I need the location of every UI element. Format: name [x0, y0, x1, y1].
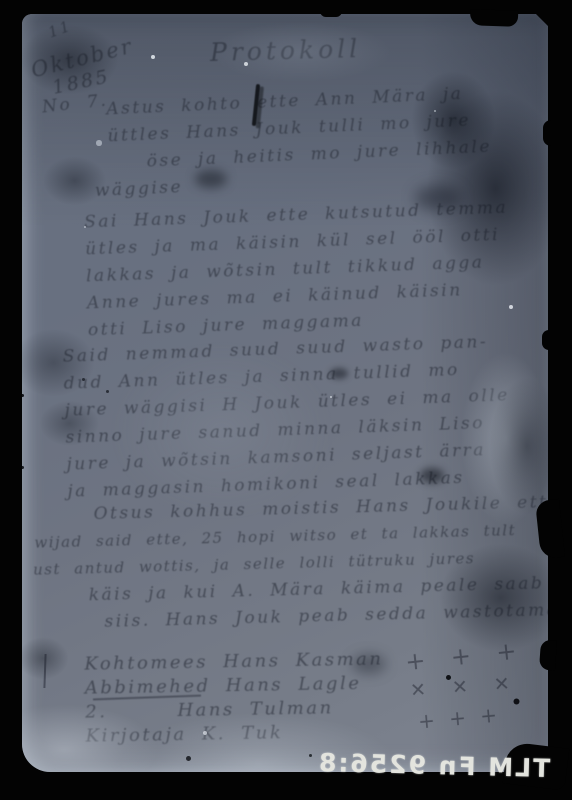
paragraph-1: Astus kohto ette Ann Mära ja üttles Hans… [106, 80, 494, 205]
signature-x-marks: ✕ ✕ ✕ [409, 672, 520, 702]
emulsion-holes [22, 14, 25, 17]
signature-block: Kohtomees Hans Kasman Abbimehed Hans Lag… [84, 647, 385, 748]
paragraph-2: Sai Hans Jouk ette kutsutud temma ütles … [84, 195, 513, 345]
corner-number: 11 [46, 16, 75, 41]
glass-negative-photo: 11 Oktober 1885 No 7. Protokoll Astus ko… [0, 0, 572, 800]
signature-cross-marks-2: + + + [417, 702, 502, 733]
signature-cross-marks: + + + [404, 636, 527, 676]
protocol-title: Protokoll [210, 34, 362, 67]
case-number: No 7. [41, 91, 109, 118]
signature-second-label: 2. [85, 701, 108, 722]
verdict-paragraph: Otsus kohhus moistis Hans Joukile ette w… [93, 489, 548, 636]
museum-inventory-number: TLM Fn 9256:8 [317, 748, 551, 783]
paragraph-3: Said nemmad suud suud wasto pan- dud Ann… [62, 328, 513, 505]
tally-stroke [43, 654, 46, 688]
signature-second-name: Hans Tulman [177, 697, 334, 721]
glass-plate: 11 Oktober 1885 No 7. Protokoll Astus ko… [22, 14, 548, 772]
signature-clerk: Kirjotaja K. Tuk [85, 719, 384, 748]
